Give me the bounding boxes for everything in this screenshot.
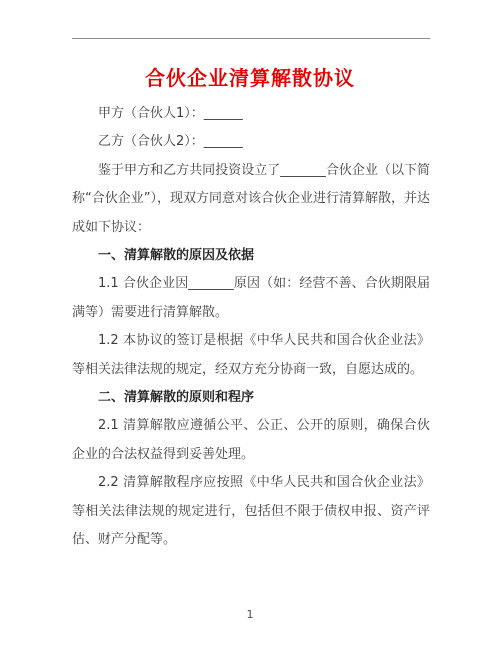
clause-2-1: 2.1 清算解散应遵循公平、公正、公开的原则，确保合伙企业的合法权益得到妥善处理… [72, 412, 430, 469]
party-a-field: 甲方（合伙人1）：______ [72, 100, 430, 128]
document-title: 合伙企业清算解散协议 [0, 62, 500, 91]
section-2-heading: 二、清算解散的原则和程序 [72, 384, 430, 412]
clause-2-2: 2.2 清算解散程序应按照《中华人民共和国合伙企业法》等相关法律法规的规定进行，… [72, 469, 430, 554]
document-body: 甲方（合伙人1）：______ 乙方（合伙人2）：______ 鉴于甲方和乙方共… [72, 100, 430, 555]
page-number: 1 [0, 608, 500, 621]
clause-1-2: 1.2 本协议的签订是根据《中华人民共和国合伙企业法》等相关法律法规的规定，经双… [72, 327, 430, 384]
section-1-heading: 一、清算解散的原因及依据 [72, 242, 430, 270]
party-b-field: 乙方（合伙人2）：______ [72, 128, 430, 156]
clause-1-1: 1.1 合伙企业因_______原因（如：经营不善、合伙期限届满等）需要进行清算… [72, 270, 430, 327]
header-divider [72, 38, 430, 39]
preamble-paragraph: 鉴于甲方和乙方共同投资设立了_______合伙企业（以下简称“合伙企业”），现双… [72, 157, 430, 242]
document-page: 合伙企业清算解散协议 甲方（合伙人1）：______ 乙方（合伙人2）：____… [0, 0, 500, 647]
